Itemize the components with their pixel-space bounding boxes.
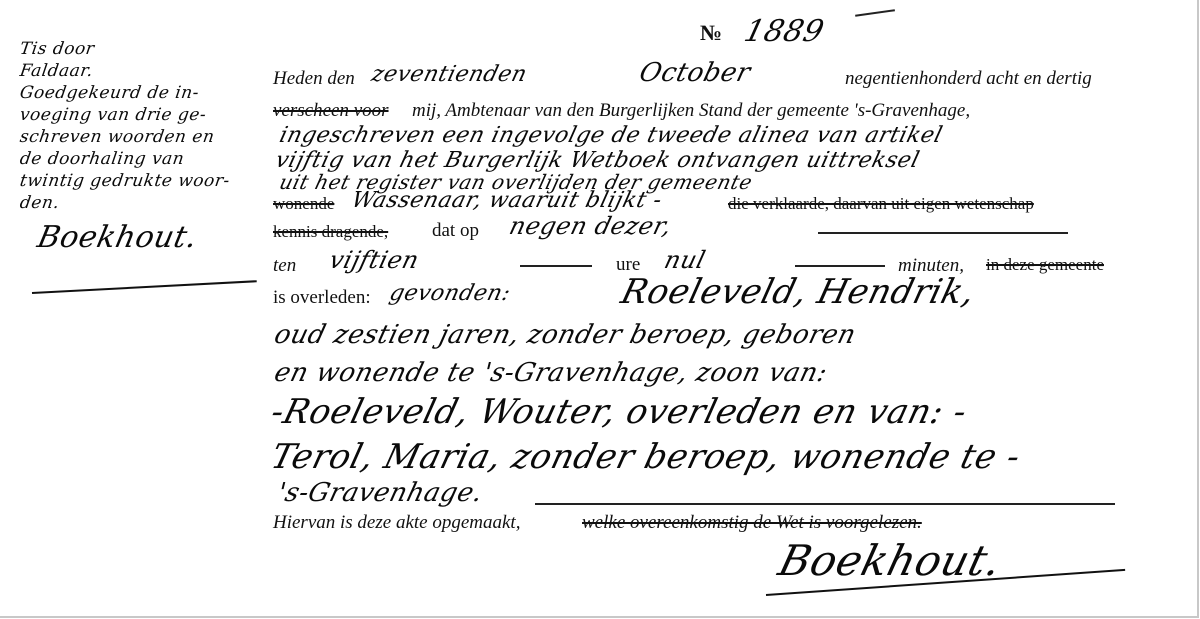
struck-wonende: wonende: [273, 194, 334, 214]
handwritten-age-line: oud zestien jaren, zonder beroep, gebore…: [271, 320, 859, 350]
handwritten-wassenaar: Wassenaar, waaruit blijkt -: [349, 188, 665, 213]
margin-annotation: Tis door Faldaar. Goedgekeurd de in- voe…: [20, 38, 270, 255]
handwritten-minutes: nul: [662, 246, 709, 274]
handwritten-city: 's-Gravenhage.: [274, 478, 486, 508]
struck-verscheen-voor: verscheen voor: [273, 100, 389, 122]
printed-heden-den: Heden den: [273, 68, 355, 90]
margin-line: Goedgekeurd de in-: [18, 82, 271, 104]
margin-line: de doorhaling van: [18, 148, 271, 170]
fill-line: [818, 232, 1068, 234]
handwritten-day: zeventienden: [369, 62, 530, 87]
margin-line: Tis door: [18, 38, 271, 60]
margin-signature-underline: [32, 280, 257, 294]
struck-verklaarde: die verklaarde, daarvan uit eigen wetens…: [728, 194, 1034, 214]
fill-line: [795, 265, 885, 267]
struck-kennis-dragende: kennis dragende,: [273, 222, 388, 242]
handwritten-gevonden: gevonden:: [387, 281, 513, 306]
printed-is-overleden: is overleden:: [273, 287, 371, 309]
printed-ambtenaar: mij, Ambtenaar van den Burgerlijken Stan…: [412, 100, 970, 122]
mother-line: Terol, Maria, zonder beroep, wonende te …: [267, 437, 1025, 477]
printed-ten: ten: [273, 255, 296, 277]
handwritten-month: October: [636, 58, 753, 88]
fill-line: [520, 265, 592, 267]
margin-line: den.: [18, 192, 271, 214]
father-line: -Roeleveld, Wouter, overleden en van: -: [267, 392, 971, 432]
certificate-number: 1889: [741, 14, 828, 49]
certificate-number-label: №: [700, 20, 722, 46]
printed-dat-op: dat op: [432, 220, 479, 242]
handwritten-residence-line: en wonende te 's-Gravenhage, zoon van:: [271, 358, 830, 388]
handwritten-date-day: negen dezer,: [507, 212, 675, 240]
deceased-name: Roeleveld, Hendrik,: [617, 272, 979, 312]
margin-line: Faldaar.: [18, 60, 271, 82]
printed-hiervan: Hiervan is deze akte opgemaakt,: [273, 512, 520, 534]
printed-year: negentienhonderd acht en dertig: [845, 68, 1092, 90]
margin-line: schreven woorden en: [18, 126, 271, 148]
certificate-page: Tis door Faldaar. Goedgekeurd de in- voe…: [0, 0, 1199, 618]
struck-voorgelezen: welke overeenkomstig de Wet is voorgelez…: [582, 512, 922, 534]
registrar-signature: Boekhout.: [774, 536, 1007, 585]
margin-signature: Boekhout.: [34, 220, 273, 255]
handwritten-hour: vijftien: [327, 246, 423, 274]
margin-line: twintig gedrukte woor-: [18, 170, 271, 192]
number-flourish: [855, 9, 895, 16]
fill-line: [535, 503, 1115, 505]
margin-line: voeging van drie ge-: [18, 104, 271, 126]
struck-in-deze-gemeente: in deze gemeente: [986, 255, 1104, 275]
handwritten-line: ingeschreven een ingevolge de tweede ali…: [277, 123, 945, 148]
